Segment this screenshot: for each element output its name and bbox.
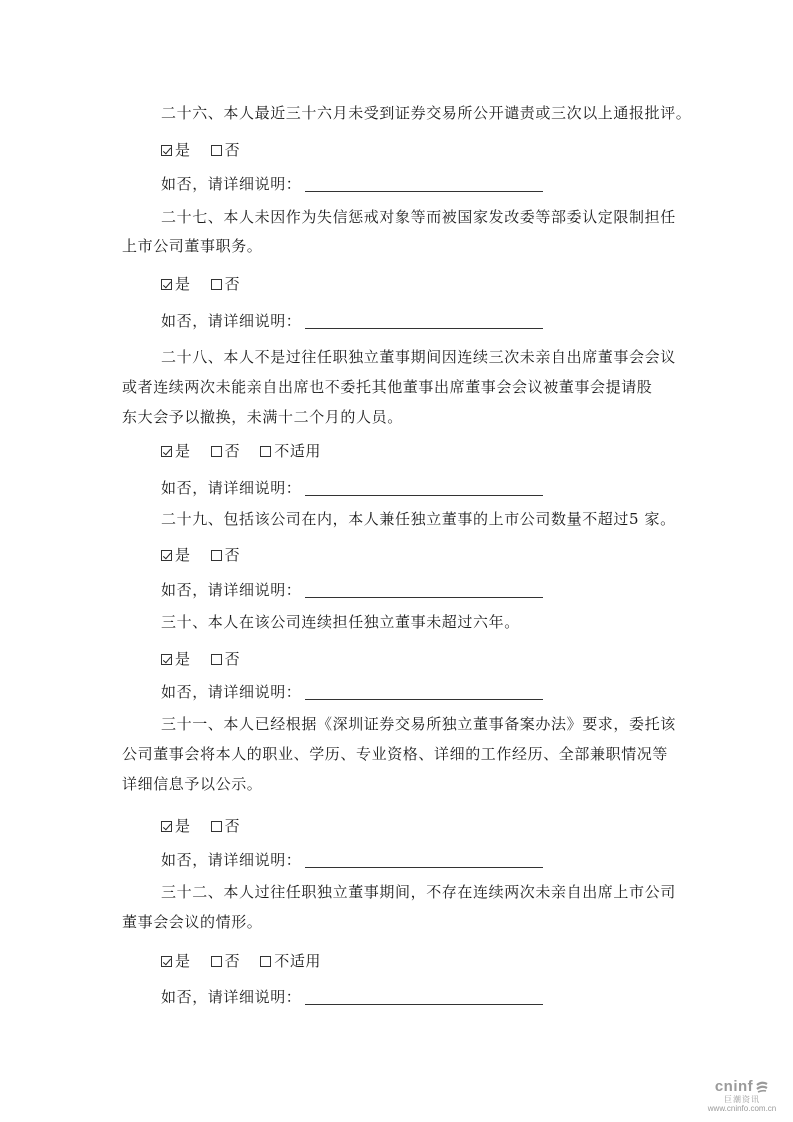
explain-label: 如否，请详细说明： [161, 682, 301, 702]
checkbox-checked-icon[interactable] [161, 821, 172, 832]
question-30-explain: 如否，请详细说明： [161, 682, 543, 702]
option-label: 不适用 [274, 441, 321, 461]
option-yes[interactable]: 是 [161, 649, 191, 669]
checkbox-empty-icon[interactable] [211, 279, 222, 290]
option-label: 是 [175, 441, 191, 461]
cninfo-swirl-icon [755, 1080, 769, 1094]
cninfo-logo: cninf [699, 1078, 785, 1095]
question-31-line-3: 详细信息予以公示。 [122, 774, 262, 794]
option-label: 否 [225, 545, 241, 565]
option-no[interactable]: 否 [211, 441, 241, 461]
question-26-line-1: 二十六、本人最近三十六月未受到证券交易所公开谴责或三次以上通报批评。 [161, 103, 691, 123]
option-yes[interactable]: 是 [161, 545, 191, 565]
option-yes[interactable]: 是 [161, 951, 191, 971]
question-31-options: 是 否 [161, 816, 260, 836]
question-32-options: 是 否 不适用 [161, 951, 341, 971]
cninfo-watermark: cninf 巨潮资讯 www.cninfo.com.cn [699, 1078, 785, 1114]
option-label: 否 [225, 816, 241, 836]
explain-input[interactable] [305, 1003, 543, 1005]
question-27-line-2: 上市公司董事职务。 [122, 236, 262, 256]
option-label: 否 [225, 441, 241, 461]
question-28-explain: 如否，请详细说明： [161, 478, 543, 498]
question-31-line-1: 三十一、本人已经根据《深圳证券交易所独立董事备案办法》要求，委托该 [161, 714, 676, 734]
question-32-line-1: 三十二、本人过往任职独立董事期间，不存在连续两次未亲自出席上市公司 [161, 882, 676, 902]
option-yes[interactable]: 是 [161, 274, 191, 294]
question-29-options: 是 否 [161, 545, 260, 565]
question-26-options: 是 否 [161, 140, 260, 160]
checkbox-empty-icon[interactable] [211, 956, 222, 967]
option-label: 是 [175, 274, 191, 294]
explain-input[interactable] [305, 596, 543, 598]
checkbox-empty-icon[interactable] [211, 654, 222, 665]
option-label: 否 [225, 649, 241, 669]
checkbox-empty-icon[interactable] [211, 550, 222, 561]
option-label: 否 [225, 140, 241, 160]
checkbox-checked-icon[interactable] [161, 446, 172, 457]
option-label: 否 [225, 951, 241, 971]
option-yes[interactable]: 是 [161, 140, 191, 160]
question-28-line-3: 东大会予以撤换，未满十二个月的人员。 [122, 407, 403, 427]
explain-label: 如否，请详细说明： [161, 850, 301, 870]
question-31-explain: 如否，请详细说明： [161, 850, 543, 870]
question-27-line-1: 二十七、本人未因作为失信惩戒对象等而被国家发改委等部委认定限制担任 [161, 207, 676, 227]
option-no[interactable]: 否 [211, 649, 241, 669]
question-32-explain: 如否，请详细说明： [161, 987, 543, 1007]
explain-input[interactable] [305, 698, 543, 700]
question-28-options: 是 否 不适用 [161, 441, 341, 461]
option-label: 是 [175, 816, 191, 836]
option-label: 是 [175, 649, 191, 669]
explain-label: 如否，请详细说明： [161, 478, 301, 498]
question-27-explain: 如否，请详细说明： [161, 311, 543, 331]
option-label: 否 [225, 274, 241, 294]
question-29-line-1: 二十九、包括该公司在内，本人兼任独立董事的上市公司数量不超过5 家。 [161, 509, 676, 529]
question-32-line-2: 董事会会议的情形。 [122, 912, 262, 932]
option-no[interactable]: 否 [211, 545, 241, 565]
logo-text: cninf [715, 1078, 753, 1095]
checkbox-empty-icon[interactable] [260, 956, 271, 967]
checkbox-empty-icon[interactable] [211, 446, 222, 457]
question-29-explain: 如否，请详细说明： [161, 580, 543, 600]
option-not-applicable[interactable]: 不适用 [260, 441, 321, 461]
checkbox-checked-icon[interactable] [161, 550, 172, 561]
explain-label: 如否，请详细说明： [161, 580, 301, 600]
watermark-chinese: 巨潮资讯 [699, 1095, 785, 1104]
checkbox-empty-icon[interactable] [211, 145, 222, 156]
option-no[interactable]: 否 [211, 951, 241, 971]
option-no[interactable]: 否 [211, 274, 241, 294]
explain-label: 如否，请详细说明： [161, 174, 301, 194]
explain-input[interactable] [305, 494, 543, 496]
checkbox-empty-icon[interactable] [211, 821, 222, 832]
checkbox-checked-icon[interactable] [161, 654, 172, 665]
question-30-line-1: 三十、本人在该公司连续担任独立董事未超过六年。 [161, 612, 520, 632]
explain-label: 如否，请详细说明： [161, 311, 301, 331]
option-yes[interactable]: 是 [161, 441, 191, 461]
question-28-line-2: 或者连续两次未能亲自出席也不委托其他董事出席董事会会议被董事会提请股 [122, 377, 652, 397]
option-yes[interactable]: 是 [161, 816, 191, 836]
question-26-explain: 如否，请详细说明： [161, 174, 543, 194]
watermark-url: www.cninfo.com.cn [699, 1104, 785, 1114]
checkbox-checked-icon[interactable] [161, 956, 172, 967]
question-30-options: 是 否 [161, 649, 260, 669]
checkbox-empty-icon[interactable] [260, 446, 271, 457]
option-not-applicable[interactable]: 不适用 [260, 951, 321, 971]
option-label: 是 [175, 545, 191, 565]
option-label: 是 [175, 140, 191, 160]
question-31-line-2: 公司董事会将本人的职业、学历、专业资格、详细的工作经历、全部兼职情况等 [122, 744, 668, 764]
question-28-line-1: 二十八、本人不是过往任职独立董事期间因连续三次未亲自出席董事会会议 [161, 347, 676, 367]
option-label: 不适用 [274, 951, 321, 971]
checkbox-checked-icon[interactable] [161, 279, 172, 290]
option-no[interactable]: 否 [211, 816, 241, 836]
explain-input[interactable] [305, 866, 543, 868]
explain-label: 如否，请详细说明： [161, 987, 301, 1007]
option-no[interactable]: 否 [211, 140, 241, 160]
explain-input[interactable] [305, 190, 543, 192]
checkbox-checked-icon[interactable] [161, 145, 172, 156]
question-27-options: 是 否 [161, 274, 260, 294]
option-label: 是 [175, 951, 191, 971]
explain-input[interactable] [305, 327, 543, 329]
